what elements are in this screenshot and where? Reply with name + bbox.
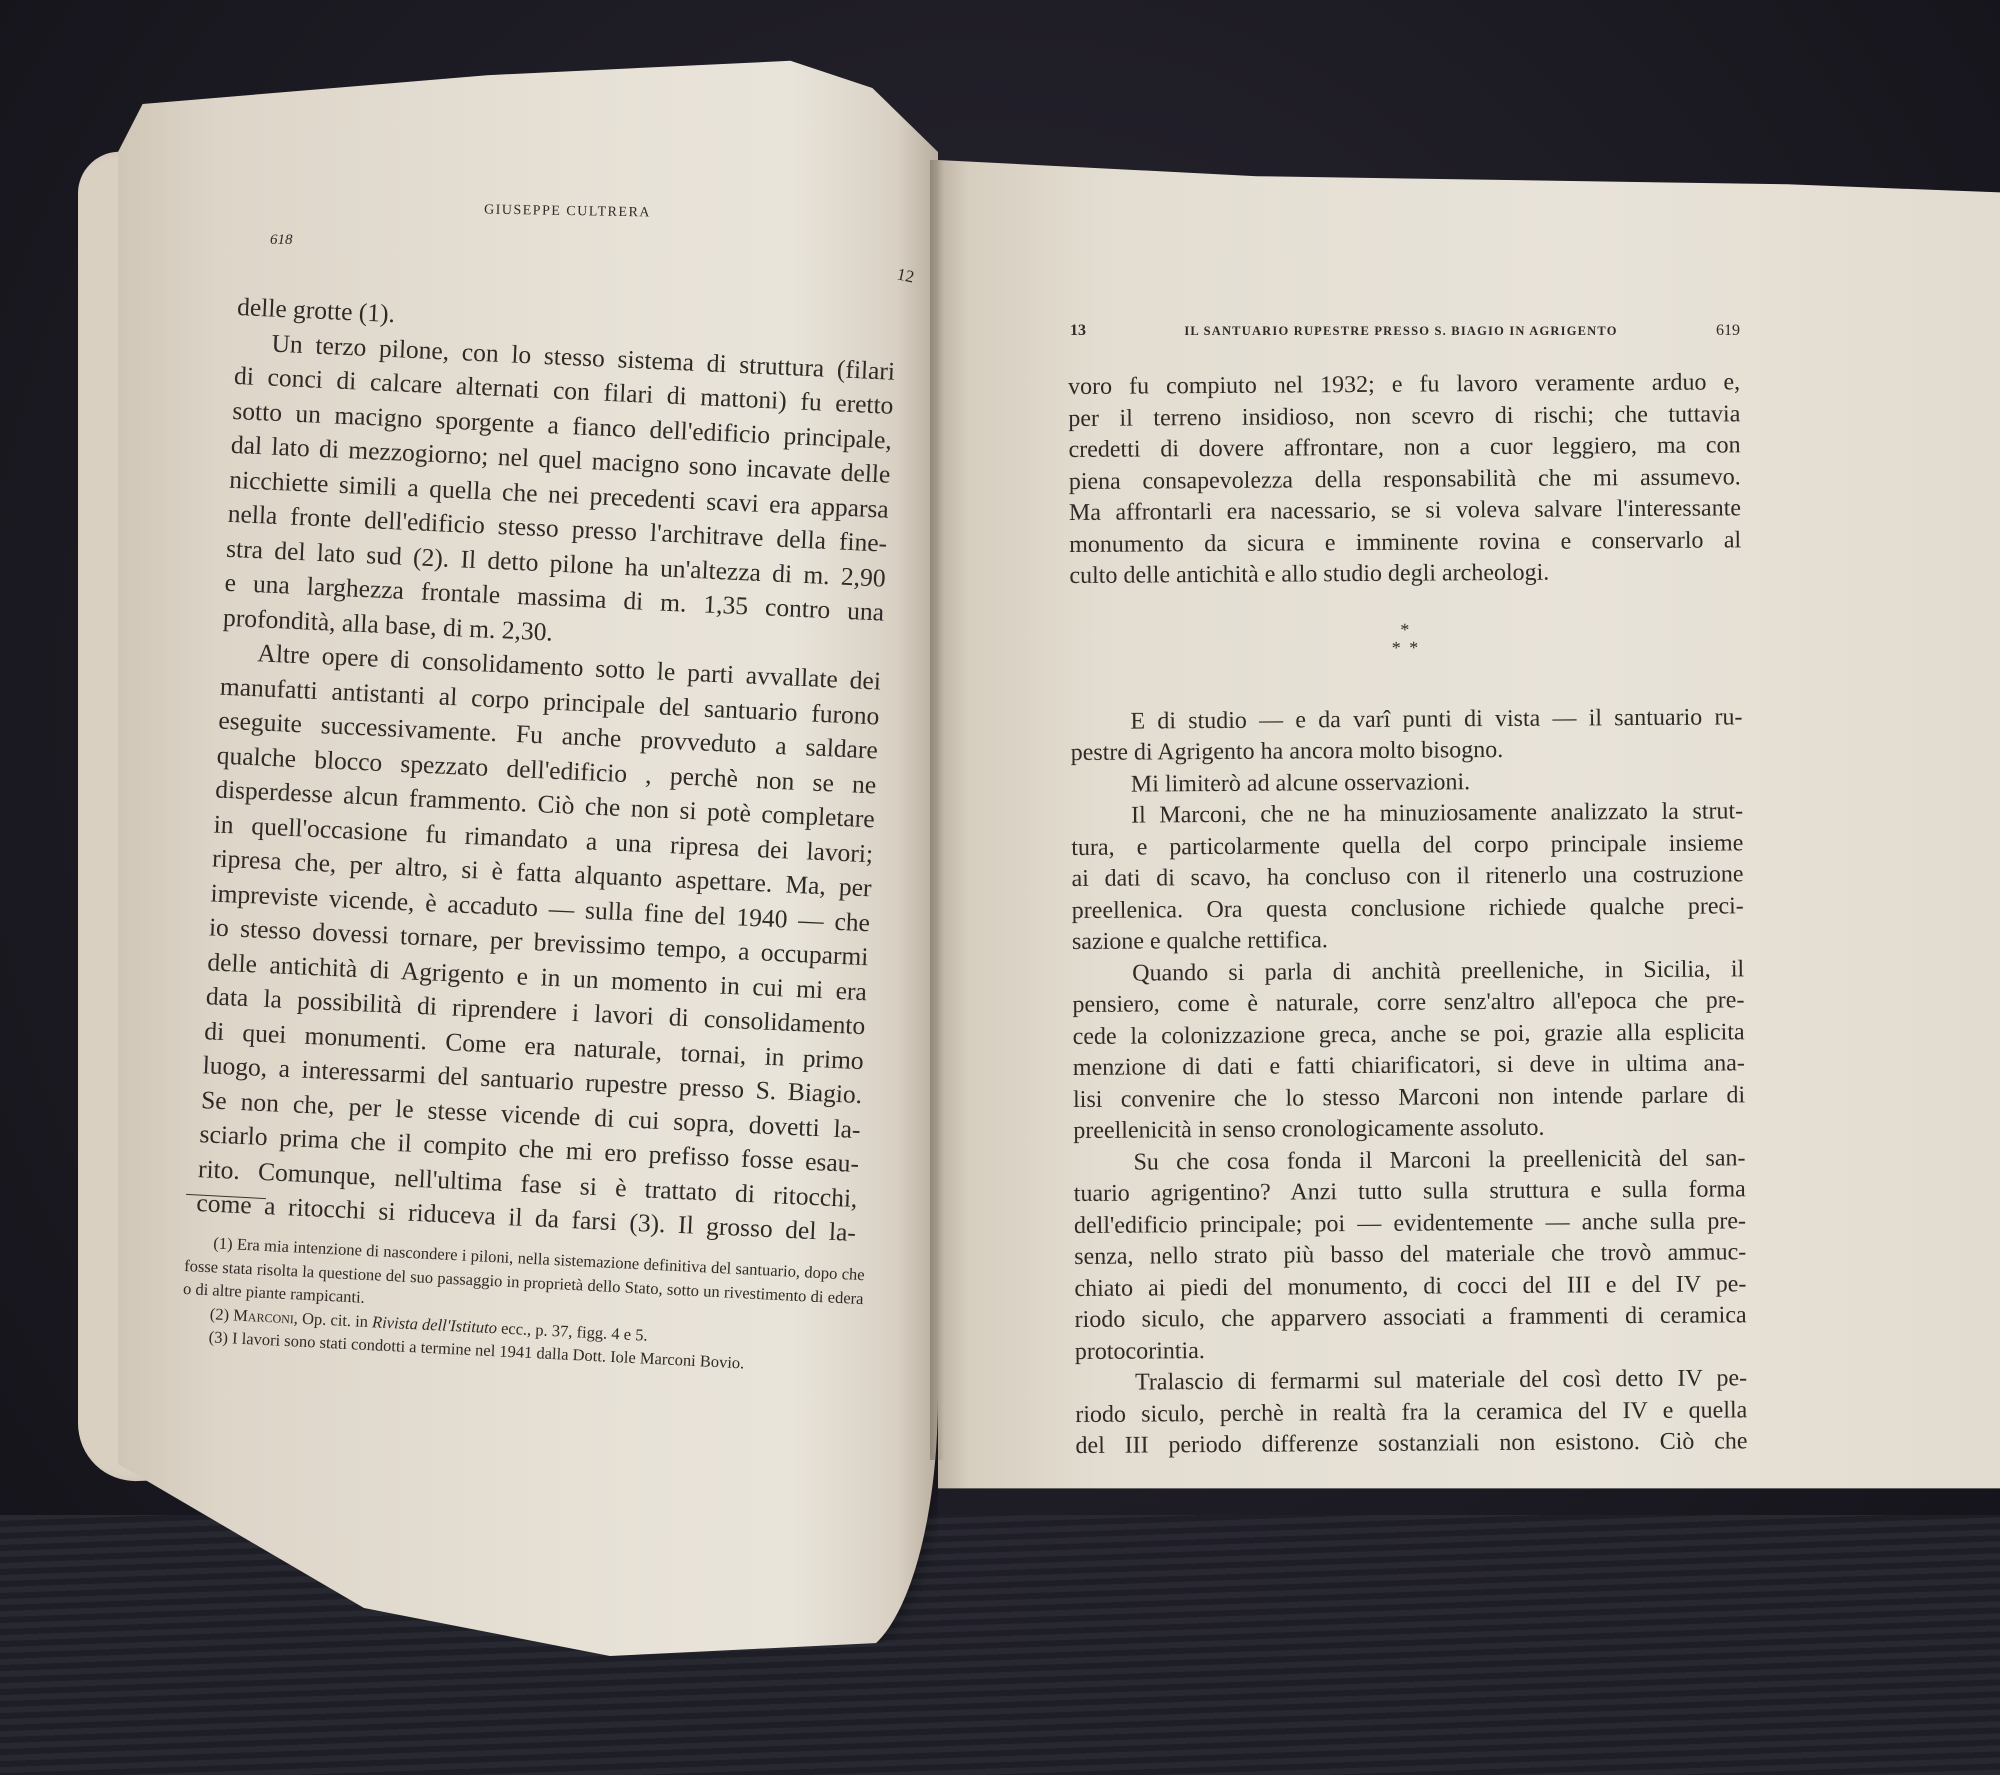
footnote-marker: (3) [208,1327,228,1347]
text-line: del III periodo differenze sostanziali n… [1075,1426,1747,1462]
text-line: Il Marconi, che ne ha minuziosamente ana… [1071,796,1743,832]
left-page-number: 618 [270,232,293,249]
paragraph: voro fu compiuto nel 1932; e fu lavoro v… [1068,367,1742,592]
left-running-head: GIUSEPPE CULTRERA [484,203,651,222]
text-line: protocorintia. [1075,1332,1747,1368]
right-running-title: IL SANTUARIO RUPESTRE PRESSO S. BIAGIO I… [1184,324,1617,339]
text-line: senza, nello strato più basso del materi… [1074,1237,1746,1273]
text-line: chiato ai piedi del monumento, di cocci … [1074,1269,1746,1305]
text-line: riodo siculo, perchè in realtà fra la ce… [1075,1395,1747,1431]
paragraph: Su che cosa fonda il Marconi la preellen… [1073,1143,1747,1368]
footnote-journal-title: Rivista dell'Istituto [372,1312,498,1337]
footnote-marker: (2) [209,1304,229,1324]
paragraph: E di studio — e da varî punti di vista —… [1070,702,1742,770]
text-line: tuario agrigentino? Anzi tutto sulla str… [1074,1174,1746,1210]
text-line: ai dati di scavo, ha concluso con il rit… [1071,859,1743,895]
footnote-text: , Op. cit. in [293,1308,372,1331]
asterism-bottom: * * [1070,636,1742,659]
paragraph: Altre opere di consolidamento sotto le p… [196,635,882,1251]
left-body-text: delle grotte (1). Un terzo pilone, con l… [196,290,898,1250]
text-line: riodo siculo, che apparvero associati a … [1075,1300,1747,1336]
text-line: E di studio — e da varî punti di vista —… [1070,702,1742,738]
text-line: Ma affrontarli era nacessario, se si vol… [1069,493,1741,529]
paragraph: Quando si parla di anchità preelleniche,… [1072,954,1745,1148]
text-line: piena consapevolezza della responsabilit… [1069,462,1741,498]
text-line: Quando si parla di anchità preelleniche,… [1072,954,1744,990]
paragraph: Un terzo pilone, con lo stesso sistema d… [222,324,895,664]
text-line: tura, e particolarmente quella del corpo… [1071,828,1743,864]
right-body-text: voro fu compiuto nel 1932; e fu lavoro v… [1068,367,1748,1462]
footnote-author: Marconi [233,1305,295,1327]
text-line: per il terreno insidioso, non scevro di … [1068,399,1740,435]
text-line: Mi limiterò ad alcune osservazioni. [1071,765,1743,801]
text-line: menzione di dati e fatti chiarificatori,… [1073,1048,1745,1084]
text-line: preellenica. Ora questa conclusione rich… [1072,891,1744,927]
text-line: pestre di Agrigento ha ancora molto biso… [1071,733,1743,769]
text-line: preellenicità in senso cronologicamente … [1073,1111,1745,1147]
right-section-number: 13 [1070,322,1086,340]
right-page-number: 619 [1716,322,1740,340]
right-running-head: 13 IL SANTUARIO RUPESTRE PRESSO S. BIAGI… [1070,322,1740,340]
text-line: dell'edificio principale; poi — evidente… [1074,1206,1746,1242]
text-line: voro fu compiuto nel 1932; e fu lavoro v… [1068,367,1740,403]
text-line: culto delle antichità e allo studio degl… [1069,556,1741,592]
text-line: credetti di dovere affrontare, non a cuo… [1068,430,1740,466]
text-line: lisi convenire che lo stesso Marconi non… [1073,1080,1745,1116]
text-line: pensiero, come è naturale, corre senz'al… [1072,985,1744,1021]
text-line: sazione e qualche rettifica. [1072,922,1744,958]
text-line: Su che cosa fonda il Marconi la preellen… [1073,1143,1745,1179]
section-break-asterism: * * * [1070,618,1742,659]
text-line: Tralascio di fermarmi sul materiale del … [1075,1363,1747,1399]
paragraph: Il Marconi, che ne ha minuziosamente ana… [1071,796,1744,958]
paragraph: Tralascio di fermarmi sul materiale del … [1075,1363,1748,1462]
book-gutter [930,160,944,1460]
footnote-marker: (1) [213,1233,233,1253]
text-line: monumento da sicura e imminente rovina e… [1069,525,1741,561]
text-line: cede la colonizzazione greca, anche se p… [1073,1017,1745,1053]
paragraph: Mi limiterò ad alcune osservazioni. [1071,765,1743,801]
